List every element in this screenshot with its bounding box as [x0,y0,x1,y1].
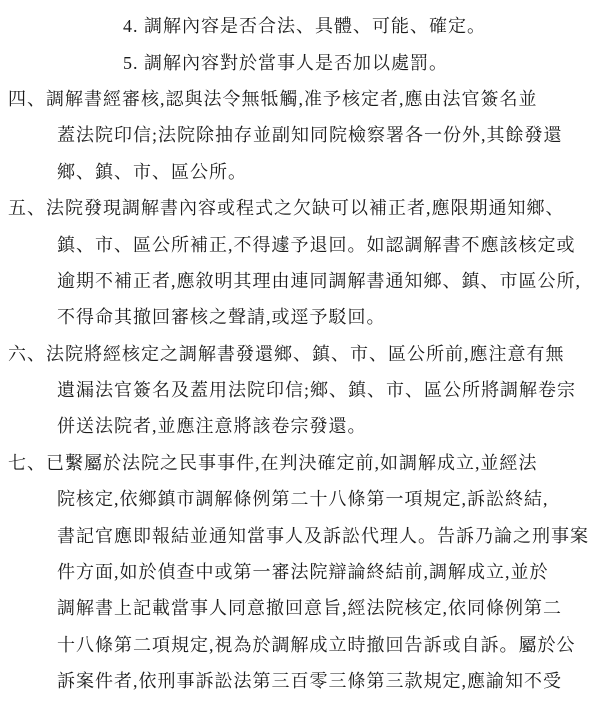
text-line-item-4-start: 四、調解書經審核,認與法令無牴觸,准予核定者,應由法官簽名並 [0,80,595,116]
text-line: 逾期不補正者,應敘明其理由連同調解書通知鄉、鎮、市區公所, [0,262,595,298]
text-line: 鄉、鎮、市、區公所。 [0,153,595,189]
text-line: 調解書上記載當事人同意撤回意旨,經法院核定,依同條例第二 [0,589,595,625]
document-page: 4. 調解內容是否合法、具體、可能、確定。 5. 調解內容對於當事人是否加以處罰… [0,0,595,707]
text-line: 院核定,依鄉鎮市調解條例第二十八條第一項規定,訴訟終結, [0,480,595,516]
text-line-item-5-start: 五、法院發現調解書內容或程式之欠缺可以補正者,應限期通知鄉、 [0,189,595,225]
text-line-item-7-start: 七、已繫屬於法院之民事事件,在判決確定前,如調解成立,並經法 [0,444,595,480]
text-line: 書記官應即報結並通知當事人及訴訟代理人。告訴乃論之刑事案 [0,516,595,552]
text-line-item-6-start: 六、法院將經核定之調解書發還鄉、鎮、市、區公所前,應注意有無 [0,335,595,371]
text-line-sub-item-4: 4. 調解內容是否合法、具體、可能、確定。 [0,7,595,43]
text-line: 遺漏法官簽名及蓋用法院印信;鄉、鎮、市、區公所將調解卷宗 [0,371,595,407]
document-body: 4. 調解內容是否合法、具體、可能、確定。 5. 調解內容對於當事人是否加以處罰… [0,0,595,698]
text-line: 十八條第二項規定,視為於調解成立時撤回告訴或自訴。屬於公 [0,626,595,662]
text-line: 不得命其撤回審核之聲請,或逕予駁回。 [0,298,595,334]
text-line: 件方面,如於偵查中或第一審法院辯論終結前,調解成立,並於 [0,553,595,589]
text-line: 併送法院者,並應注意將該卷宗發還。 [0,407,595,443]
text-line-sub-item-5: 5. 調解內容對於當事人是否加以處罰。 [0,43,595,79]
text-line: 鎮、市、區公所補正,不得遽予退回。如認調解書不應該核定或 [0,225,595,261]
text-line: 蓋法院印信;法院除抽存並副知同院檢察署各一份外,其餘發還 [0,116,595,152]
text-line: 訴案件者,依刑事訴訟法第三百零三條第三款規定,應諭知不受 [0,662,595,698]
